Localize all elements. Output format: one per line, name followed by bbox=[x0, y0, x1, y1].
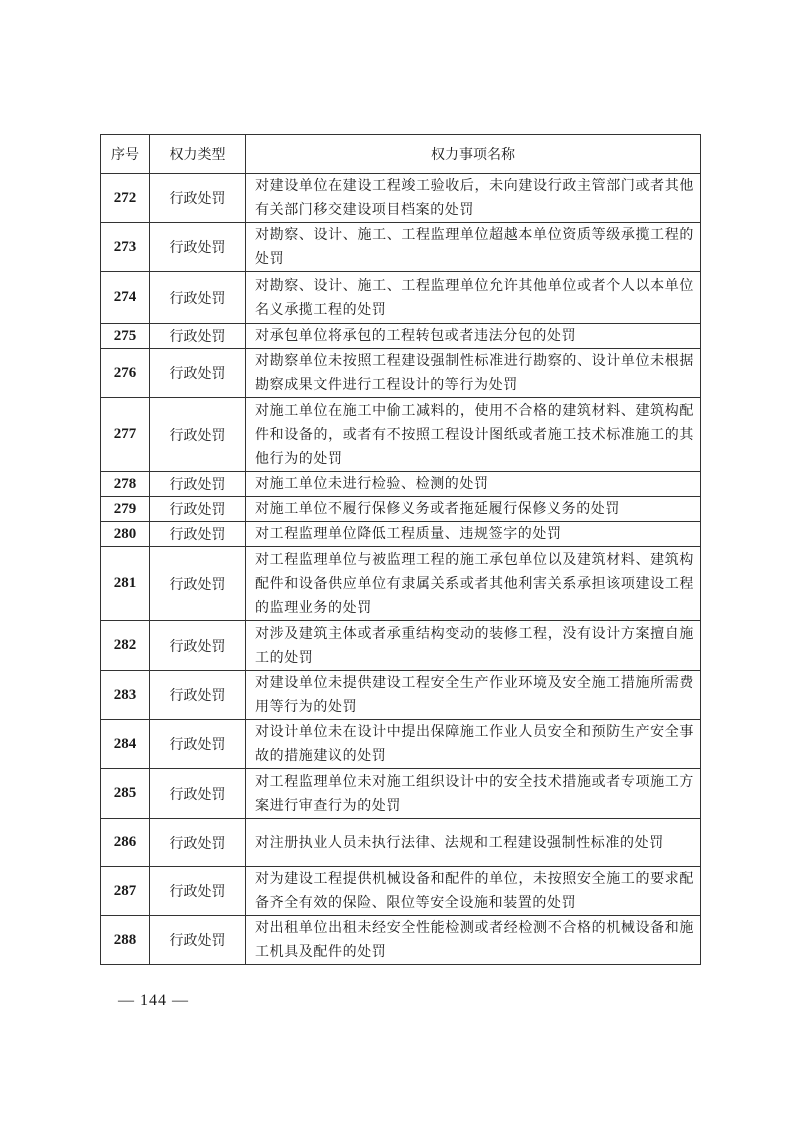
item-name-cell: 对建设单位未提供建设工程安全生产作业环境及安全施工措施所需费用等行为的处罚 bbox=[246, 671, 701, 720]
power-type-cell: 行政处罚 bbox=[150, 621, 246, 671]
table-row: 280行政处罚对工程监理单位降低工程质量、违规签字的处罚 bbox=[101, 522, 701, 547]
power-type-cell: 行政处罚 bbox=[150, 497, 246, 522]
power-type-cell: 行政处罚 bbox=[150, 769, 246, 819]
serial-number-cell: 273 bbox=[101, 223, 150, 272]
power-type-cell: 行政处罚 bbox=[150, 398, 246, 472]
page-number: — 144 — bbox=[118, 992, 189, 1010]
item-name-cell: 对施工单位未进行检验、检测的处罚 bbox=[246, 472, 701, 497]
table-header-row: 序号 权力类型 权力事项名称 bbox=[101, 135, 701, 174]
table-row: 278行政处罚对施工单位未进行检验、检测的处罚 bbox=[101, 472, 701, 497]
serial-number-cell: 283 bbox=[101, 671, 150, 720]
table-row: 282行政处罚对涉及建筑主体或者承重结构变动的装修工程，没有设计方案擅自施工的处… bbox=[101, 621, 701, 671]
power-type-cell: 行政处罚 bbox=[150, 272, 246, 324]
power-type-cell: 行政处罚 bbox=[150, 671, 246, 720]
table-row: 286行政处罚对注册执业人员未执行法律、法规和工程建设强制性标准的处罚 bbox=[101, 819, 701, 867]
power-type-cell: 行政处罚 bbox=[150, 223, 246, 272]
power-type-cell: 行政处罚 bbox=[150, 547, 246, 621]
serial-number-cell: 287 bbox=[101, 867, 150, 916]
power-type-cell: 行政处罚 bbox=[150, 472, 246, 497]
serial-number-cell: 280 bbox=[101, 522, 150, 547]
power-items-table: 序号 权力类型 权力事项名称 272行政处罚对建设单位在建设工程竣工验收后，未向… bbox=[100, 134, 701, 965]
item-name-cell: 对勘察、设计、施工、工程监理单位允许其他单位或者个人以本单位名义承揽工程的处罚 bbox=[246, 272, 701, 324]
table-row: 274行政处罚对勘察、设计、施工、工程监理单位允许其他单位或者个人以本单位名义承… bbox=[101, 272, 701, 324]
table-row: 277行政处罚对施工单位在施工中偷工减料的，使用不合格的建筑材料、建筑构配件和设… bbox=[101, 398, 701, 472]
serial-number-cell: 285 bbox=[101, 769, 150, 819]
serial-number-cell: 279 bbox=[101, 497, 150, 522]
serial-number-cell: 281 bbox=[101, 547, 150, 621]
table-row: 287行政处罚对为建设工程提供机械设备和配件的单位，未按照安全施工的要求配备齐全… bbox=[101, 867, 701, 916]
power-type-cell: 行政处罚 bbox=[150, 916, 246, 965]
item-name-cell: 对勘察、设计、施工、工程监理单位超越本单位资质等级承揽工程的处罚 bbox=[246, 223, 701, 272]
table-row: 285行政处罚对工程监理单位未对施工组织设计中的安全技术措施或者专项施工方案进行… bbox=[101, 769, 701, 819]
item-name-cell: 对工程监理单位与被监理工程的施工承包单位以及建筑材料、建筑构配件和设备供应单位有… bbox=[246, 547, 701, 621]
serial-number-cell: 277 bbox=[101, 398, 150, 472]
item-name-cell: 对注册执业人员未执行法律、法规和工程建设强制性标准的处罚 bbox=[246, 819, 701, 867]
table-row: 279行政处罚对施工单位不履行保修义务或者拖延履行保修义务的处罚 bbox=[101, 497, 701, 522]
power-type-cell: 行政处罚 bbox=[150, 174, 246, 223]
table-row: 272行政处罚对建设单位在建设工程竣工验收后，未向建设行政主管部门或者其他有关部… bbox=[101, 174, 701, 223]
serial-number-cell: 282 bbox=[101, 621, 150, 671]
item-name-cell: 对勘察单位未按照工程建设强制性标准进行勘察的、设计单位未根据勘察成果文件进行工程… bbox=[246, 349, 701, 398]
item-name-cell: 对施工单位在施工中偷工减料的，使用不合格的建筑材料、建筑构配件和设备的，或者有不… bbox=[246, 398, 701, 472]
table-row: 275行政处罚对承包单位将承包的工程转包或者违法分包的处罚 bbox=[101, 324, 701, 349]
header-power-type: 权力类型 bbox=[150, 135, 246, 174]
power-type-cell: 行政处罚 bbox=[150, 522, 246, 547]
serial-number-cell: 284 bbox=[101, 720, 150, 769]
item-name-cell: 对施工单位不履行保修义务或者拖延履行保修义务的处罚 bbox=[246, 497, 701, 522]
table-row: 281行政处罚对工程监理单位与被监理工程的施工承包单位以及建筑材料、建筑构配件和… bbox=[101, 547, 701, 621]
item-name-cell: 对为建设工程提供机械设备和配件的单位，未按照安全施工的要求配备齐全有效的保险、限… bbox=[246, 867, 701, 916]
table-row: 273行政处罚对勘察、设计、施工、工程监理单位超越本单位资质等级承揽工程的处罚 bbox=[101, 223, 701, 272]
item-name-cell: 对设计单位未在设计中提出保障施工作业人员安全和预防生产安全事故的措施建议的处罚 bbox=[246, 720, 701, 769]
power-type-cell: 行政处罚 bbox=[150, 324, 246, 349]
item-name-cell: 对工程监理单位降低工程质量、违规签字的处罚 bbox=[246, 522, 701, 547]
serial-number-cell: 286 bbox=[101, 819, 150, 867]
serial-number-cell: 276 bbox=[101, 349, 150, 398]
item-name-cell: 对建设单位在建设工程竣工验收后，未向建设行政主管部门或者其他有关部门移交建设项目… bbox=[246, 174, 701, 223]
header-item-name: 权力事项名称 bbox=[246, 135, 701, 174]
power-type-cell: 行政处罚 bbox=[150, 349, 246, 398]
power-type-cell: 行政处罚 bbox=[150, 720, 246, 769]
serial-number-cell: 275 bbox=[101, 324, 150, 349]
table-row: 284行政处罚对设计单位未在设计中提出保障施工作业人员安全和预防生产安全事故的措… bbox=[101, 720, 701, 769]
serial-number-cell: 272 bbox=[101, 174, 150, 223]
item-name-cell: 对出租单位出租未经安全性能检测或者经检测不合格的机械设备和施工机具及配件的处罚 bbox=[246, 916, 701, 965]
table-row: 283行政处罚对建设单位未提供建设工程安全生产作业环境及安全施工措施所需费用等行… bbox=[101, 671, 701, 720]
table-body: 272行政处罚对建设单位在建设工程竣工验收后，未向建设行政主管部门或者其他有关部… bbox=[101, 174, 701, 965]
serial-number-cell: 274 bbox=[101, 272, 150, 324]
serial-number-cell: 288 bbox=[101, 916, 150, 965]
table-row: 288行政处罚对出租单位出租未经安全性能检测或者经检测不合格的机械设备和施工机具… bbox=[101, 916, 701, 965]
item-name-cell: 对涉及建筑主体或者承重结构变动的装修工程，没有设计方案擅自施工的处罚 bbox=[246, 621, 701, 671]
serial-number-cell: 278 bbox=[101, 472, 150, 497]
power-type-cell: 行政处罚 bbox=[150, 819, 246, 867]
power-type-cell: 行政处罚 bbox=[150, 867, 246, 916]
table-row: 276行政处罚对勘察单位未按照工程建设强制性标准进行勘察的、设计单位未根据勘察成… bbox=[101, 349, 701, 398]
header-serial-number: 序号 bbox=[101, 135, 150, 174]
item-name-cell: 对工程监理单位未对施工组织设计中的安全技术措施或者专项施工方案进行审查行为的处罚 bbox=[246, 769, 701, 819]
item-name-cell: 对承包单位将承包的工程转包或者违法分包的处罚 bbox=[246, 324, 701, 349]
